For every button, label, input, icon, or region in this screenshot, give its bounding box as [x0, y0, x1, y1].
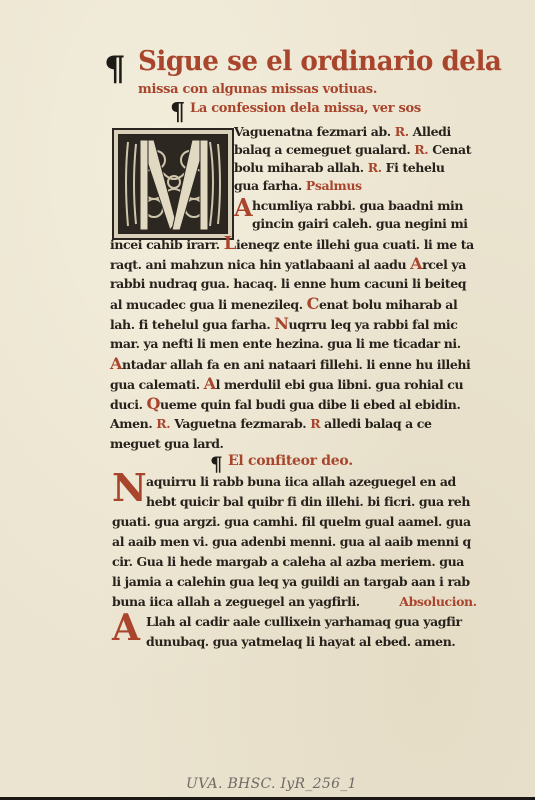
- text-line: gincin gairi caleh. gua negini mi: [252, 216, 468, 232]
- text-line: incei cahib irarr. Lieneqz ente illehi g…: [110, 236, 474, 253]
- title-line-2: missa con algunas missas votiuas.: [138, 82, 377, 97]
- text-line: Vaguenatna fezmari ab. R. Alledi: [234, 124, 451, 140]
- section-heading-confession: La confession dela missa, ver sos: [190, 101, 421, 116]
- pilcrow-icon: ¶: [104, 52, 126, 86]
- section-heading-confiteor: El confiteor deo.: [228, 453, 353, 469]
- text-line: raqt. ani mahzun nica hin yatlabaani al …: [110, 256, 466, 273]
- text-line: al mucadec gua li menezileq. Cenat bolu …: [110, 296, 457, 313]
- text-line: duci. Queme quin fal budi gua dibe li eb…: [110, 396, 460, 413]
- text-line: gua calemati. Al merdulil ebi gua libni.…: [110, 376, 463, 393]
- decorated-initial-icon: [114, 130, 232, 238]
- text-line: meguet gua lard.: [110, 436, 224, 452]
- pilcrow-icon: ¶: [170, 100, 185, 124]
- red-capital: A: [234, 193, 253, 222]
- text-line: Llah al cadir aale cullixein yarhamaq gu…: [146, 614, 462, 630]
- text-line: cir. Gua li hede margab a caleha al azba…: [112, 554, 464, 570]
- text-line: lah. fi tehelul gua farha. Nuqrru leq ya…: [110, 316, 457, 333]
- red-capital-large: A: [112, 608, 140, 648]
- text-line: gua farha. Psalmus: [234, 178, 362, 194]
- library-shelfmark: UVA. BHSC. IyR_256_1: [186, 776, 357, 792]
- text-line: rabbi nudraq gua. hacaq. li enne hum cac…: [110, 276, 466, 292]
- text-line: dunubaq. gua yatmelaq li hayat al ebed. …: [146, 634, 455, 650]
- text-line: guati. gua argzi. gua camhi. fil quelm g…: [112, 514, 471, 530]
- text-line: hcumliya rabbi. gua baadni min: [252, 198, 463, 214]
- text-line: aquirru li rabb buna iica allah azeguege…: [146, 474, 456, 490]
- page-title: Sigue se el ordinario dela: [138, 46, 501, 77]
- text-line: mar. ya nefti li men ente hezina. gua li…: [110, 336, 461, 352]
- text-line: buna iica allah a zeguegel an yagfirli. …: [112, 594, 477, 610]
- text-line: hebt quicir bal quibr fi din illehi. bi …: [146, 494, 470, 510]
- text-line: Antadar allah fa en ani nataari fillehi.…: [110, 356, 470, 373]
- text-line: Amen. R. Vaguetna fezmarab. R alledi bal…: [110, 416, 432, 432]
- red-capital-large: N: [112, 468, 147, 508]
- text-line: al aaib men vi. gua adenbi menni. gua al…: [112, 534, 471, 550]
- text-line: li jamia a calehin gua leq ya guildi an …: [112, 574, 470, 590]
- text-line: balaq a cemeguet gualard. R. Cenat: [234, 142, 471, 158]
- scanned-page: ¶ Sigue se el ordinario dela missa con a…: [0, 0, 535, 797]
- text-line: bolu miharab allah. R. Fi tehelu: [234, 160, 445, 176]
- pilcrow-icon: ¶: [210, 454, 223, 474]
- decorated-initial-v: [112, 128, 234, 240]
